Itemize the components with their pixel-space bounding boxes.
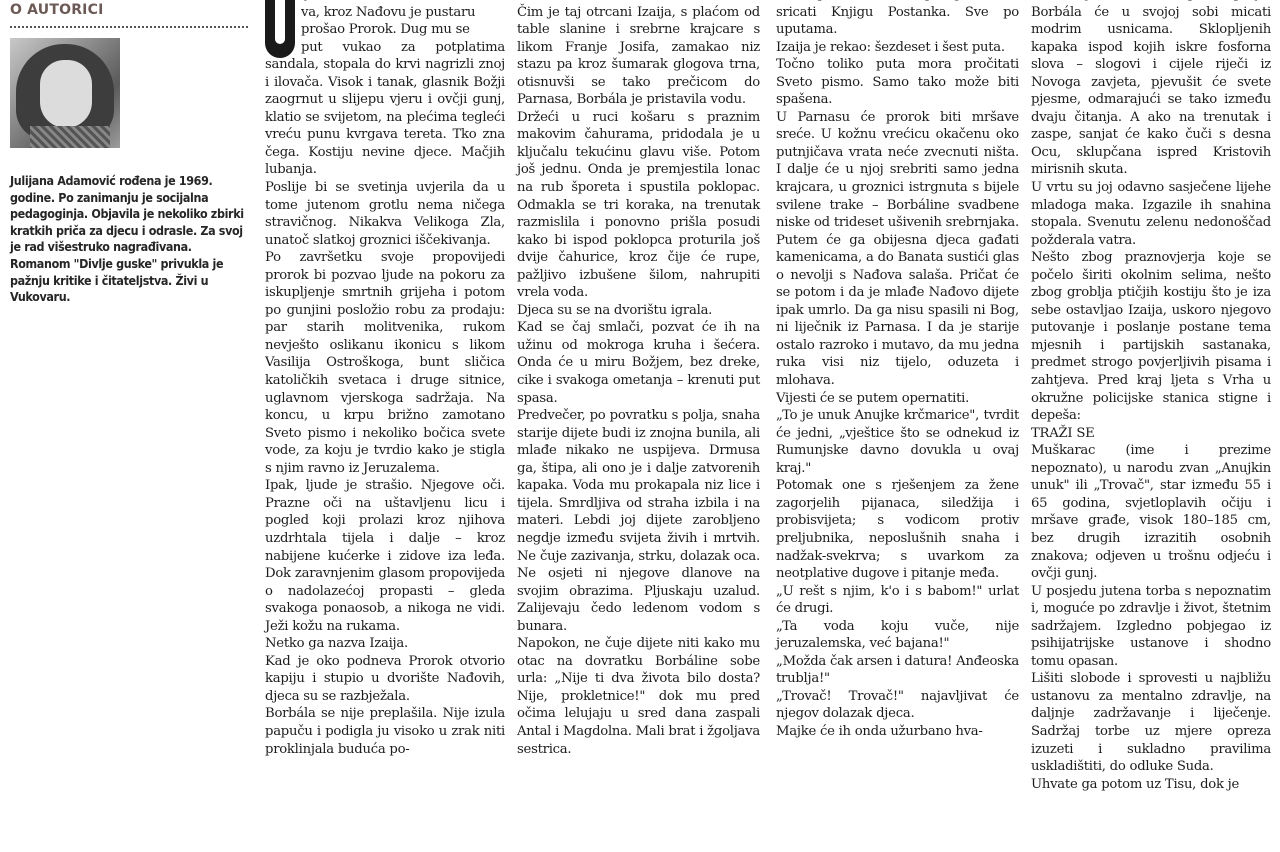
column-1-line-3: prošao Prorok. Dug mu se: [265, 21, 505, 39]
paragraph: U posjedu jutena torba s nepoznatim i, m…: [1031, 583, 1271, 671]
paragraph: Majke će ih onda užurbano hva-: [776, 723, 1019, 741]
paragraph: „Trovač! Trovač!" najavljivat će njegov …: [776, 688, 1019, 723]
paragraph: Ipak, ljude je strašio. Njegove oči. Pra…: [265, 477, 505, 635]
paragraph: Napokon, ne čuje dijete niti kako mu ota…: [517, 635, 760, 758]
photo-scarf-shape: [30, 126, 110, 148]
paragraph: Čim je taj otrcani Izaija, s plaćom od t…: [517, 4, 760, 109]
paragraph: U vrtu su joj odavno sasječene lijehe ml…: [1031, 179, 1271, 249]
paragraph: U Parnasu će prorok biti mršave sreće. U…: [776, 109, 1019, 390]
paragraph: Uhvate ga potom uz Tisu, dok je: [1031, 776, 1271, 794]
paragraph: „Možda čak arsen i datura! Anđeoska trub…: [776, 653, 1019, 688]
paragraph: Vijesti će se putem opernatiti.: [776, 390, 1019, 408]
author-photo: [10, 38, 120, 148]
paragraph: Muškarac (ime i prezime nepoznato), u na…: [1031, 442, 1271, 582]
author-bio: Julijana Adamović rođena je 1969. godine…: [10, 173, 250, 306]
paragraph: put vukao za potplatima sandala, stopala…: [265, 39, 505, 179]
paragraph: Ptica puna modrica, poluglasno će sricat…: [776, 0, 1019, 39]
paragraph: Po završetku svoje propovijedi prorok bi…: [265, 249, 505, 477]
paragraph: Kad se čaj smlači, pozvat će ih na užinu…: [517, 319, 760, 407]
paragraph: „U rešt s njim, k'o i s babom!" urlat će…: [776, 583, 1019, 618]
dotted-divider: [10, 26, 248, 28]
paragraph: Lišiti slobode i sprovesti u najbližu us…: [1031, 670, 1271, 775]
paragraph: Točno toliko puta mora pročitati Sveto p…: [776, 56, 1019, 109]
column-1-line-2: va, kroz Nađovu je pustaru: [265, 4, 505, 22]
author-sidebar: O AUTORICI Julijana Adamović rođena je 1…: [10, 0, 250, 306]
article-column-2: krunicu sa zrncima od fosfora. Čim je ta…: [517, 0, 760, 758]
paragraph: Djeca su se na dvorištu igrala.: [517, 302, 760, 320]
section-title: O AUTORICI: [10, 1, 250, 19]
paragraph: Netko ga nazva Izaija.: [265, 635, 505, 653]
paragraph: Izaija je rekao: šezdeset i šest puta.: [776, 39, 1019, 57]
paragraph: „Ta voda koju vuče, nije jeruzalemska, v…: [776, 618, 1019, 653]
paragraph: Poslije bi se svetinja uvjerila da u tom…: [265, 179, 505, 249]
paragraph: Kad je oko podneva Prorok otvorio kapiju…: [265, 653, 505, 706]
paragraph: Predvečer, po povratku s polja, snaha st…: [517, 407, 760, 635]
article-column-3: Ptica puna modrica, poluglasno će sricat…: [776, 0, 1019, 741]
article-column-1: ljeto 1930-e, oko Brašancev- va, kroz Na…: [265, 0, 505, 758]
article-column-4: kodakanja i miraka puna perja, Borbála ć…: [1031, 0, 1271, 793]
photo-face-shape: [40, 60, 92, 128]
paragraph: kodakanja i miraka puna perja, Borbála ć…: [1031, 0, 1271, 179]
paragraph: Borbála se nije preplašila. Nije izula p…: [265, 705, 505, 758]
paragraph: Potomak one s rješenjem za žene zagorjel…: [776, 477, 1019, 582]
paragraph: „To je unuk Anujke krčmarice", tvrdit će…: [776, 407, 1019, 477]
wanted-heading: TRAŽI SE: [1031, 425, 1271, 443]
paragraph: Držeći u ruci košaru s praznim makovim č…: [517, 109, 760, 302]
paragraph: Nešto zbog praznovjerja koje se počelo š…: [1031, 249, 1271, 424]
